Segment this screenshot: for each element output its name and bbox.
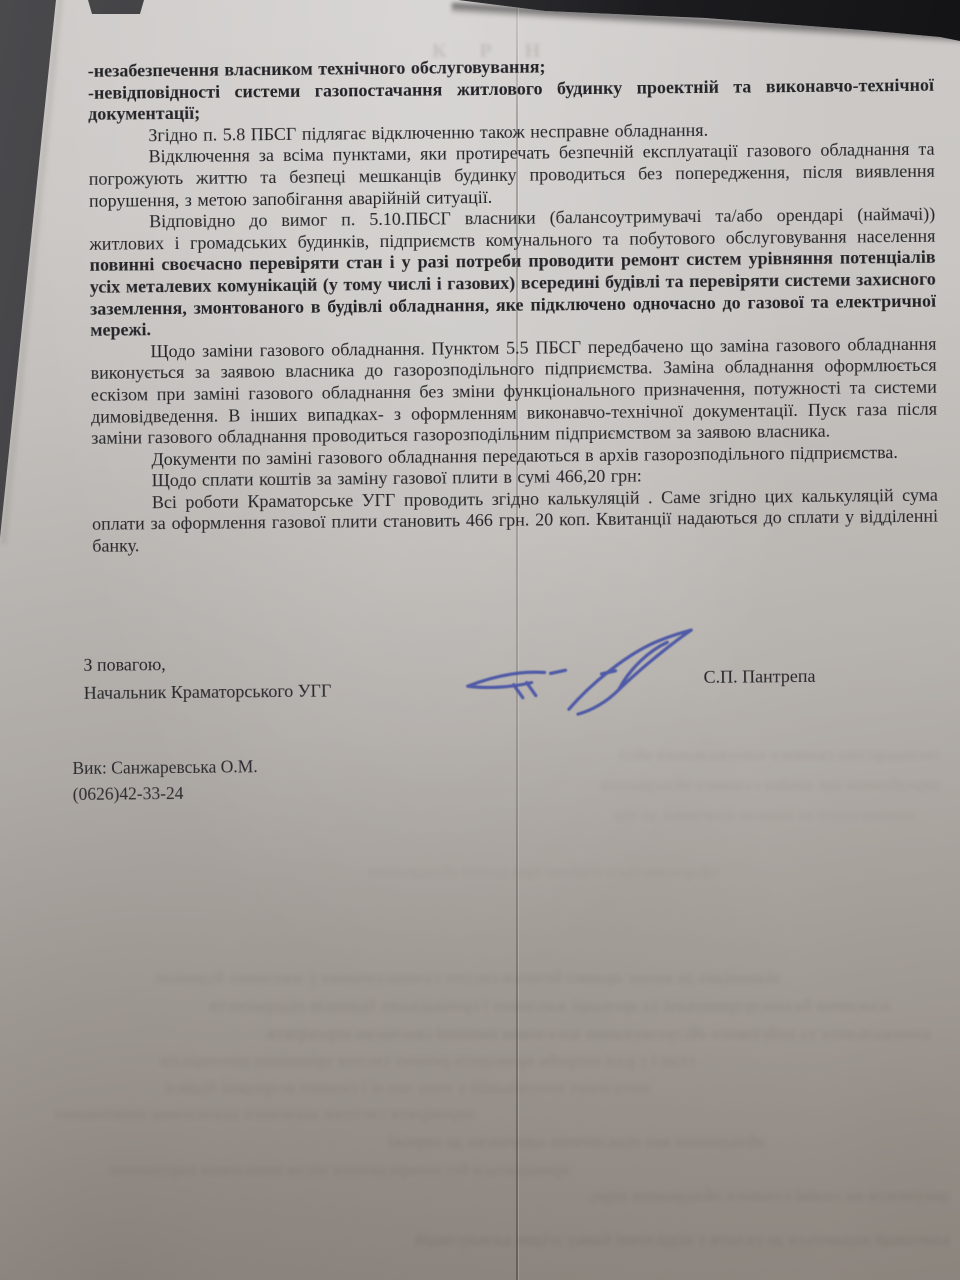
paragraph-disconnection: Відключення за всіма пунктами, яки проти… (88, 139, 935, 212)
paragraph-owners-duty: Відповідно до вимог п. 5.10.ПБСГ власник… (89, 204, 936, 342)
paragraph-owners-duty-normal: Відповідно до вимог п. 5.10.ПБСГ власник… (89, 204, 935, 254)
paragraph-owners-duty-bold: повинні своєчасно перевіряти стан і у ра… (90, 247, 937, 340)
signer-name: С.П. Пантрепа (704, 666, 816, 688)
photo-background: К Р Н господарства газового комунального… (0, 0, 960, 1280)
executor-name: Вик: Санжаревська О.М. (72, 753, 257, 781)
executor-block: Вик: Санжаревська О.М. (0626)42-33-24 (72, 753, 258, 807)
executor-phone: (0626)42-33-24 (73, 779, 258, 807)
signature-ink (453, 597, 714, 734)
document-page: К Р Н господарства газового комунального… (0, 0, 960, 1280)
signer-title: Начальник Краматорського УГГ (84, 677, 332, 707)
closing-salutation: З повагою, (83, 649, 331, 679)
paragraph-payment-details: Всі роботи Краматорське УГГ проводить зг… (92, 485, 939, 558)
paragraph-equipment-replacement: Щодо заміни газового обладнання. Пунктом… (90, 333, 937, 449)
closing-block: З повагою, Начальник Краматорського УГГ (83, 649, 331, 707)
letter-body: -незабезпечення власником технічного обс… (88, 53, 939, 558)
